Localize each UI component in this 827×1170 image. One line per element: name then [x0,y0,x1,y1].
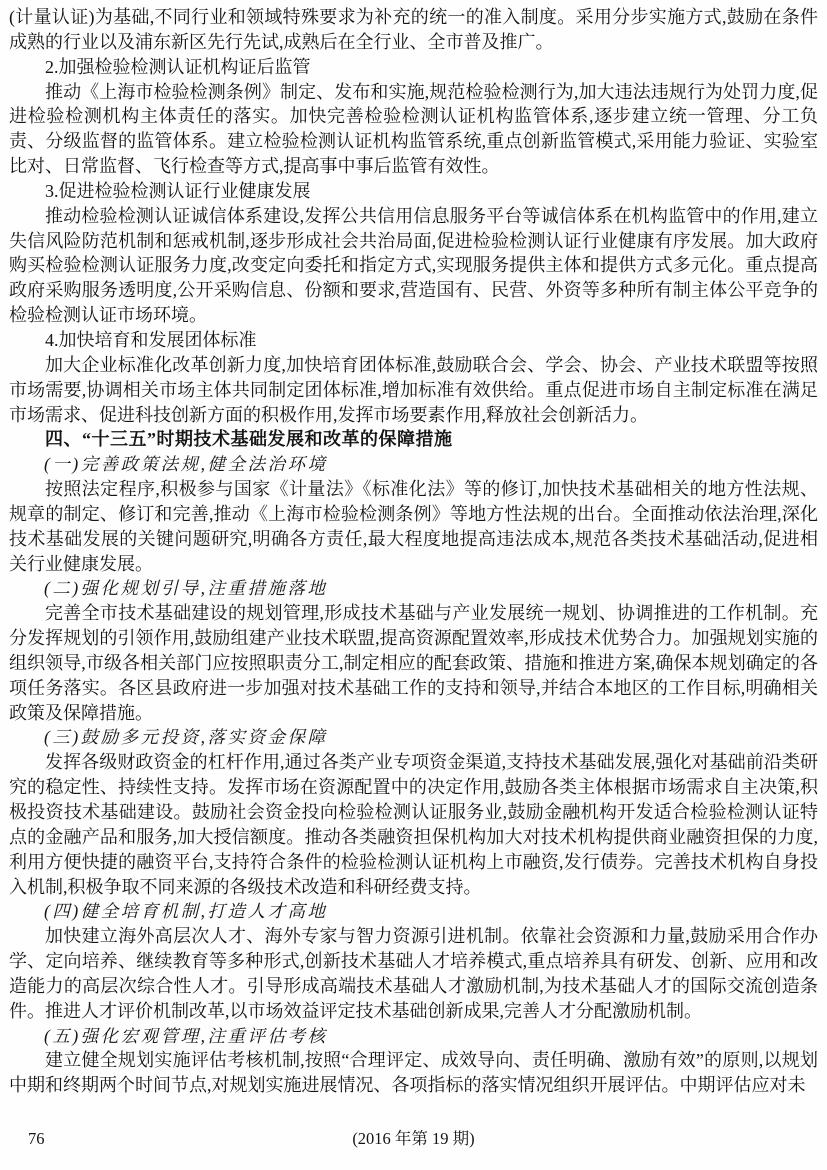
body-paragraph: 加快建立海外高层次人才、海外专家与智力资源引进机制。依靠社会资源和力量,鼓励采用… [9,924,818,1023]
body-paragraph: 发挥各级财政资金的杠杆作用,通过各类产业专项资金渠道,支持技术基础发展,强化对基… [9,750,818,899]
subsection-heading: (五)强化宏观管理,注重评估考核 [9,1024,818,1049]
numbered-subheading: 4.加快培育和发展团体标准 [9,328,818,353]
page-footer: 76 (2016 年第 19 期) [0,1126,827,1152]
body-paragraph: 加大企业标准化改革创新力度,加快培育团体标准,鼓励联合会、学会、协会、产业技术联… [9,353,818,428]
body-paragraph: 推动检验检测认证诚信体系建设,发挥公共信用信息服务平台等诚信体系在机构监管中的作… [9,204,818,328]
subsection-heading: (三)鼓励多元投资,落实资金保障 [9,725,818,750]
section-heading: 四、“十三五”时期技术基础发展和改革的保障措施 [9,427,818,452]
body-paragraph: 建立健全规划实施评估考核机制,按照“合理评定、成效导向、责任明确、激励有效”的原… [9,1048,818,1098]
document-body: (计量认证)为基础,不同行业和领域特殊要求为补充的统一的准入制度。采用分步实施方… [0,0,827,1098]
numbered-subheading: 3.促进检验检测认证行业健康发展 [9,179,818,204]
document-page: (计量认证)为基础,不同行业和领域特殊要求为补充的统一的准入制度。采用分步实施方… [0,0,827,1170]
subsection-heading: (四)健全培育机制,打造人才高地 [9,899,818,924]
numbered-subheading: 2.加强检验检测认证机构证后监管 [9,55,818,80]
subsection-heading: (一)完善政策法规,健全法治环境 [9,452,818,477]
body-paragraph: 完善全市技术基础建设的规划管理,形成技术基础与产业发展统一规划、协调推进的工作机… [9,601,818,725]
subsection-heading: (二)强化规划引导,注重措施落地 [9,576,818,601]
continuation-paragraph: (计量认证)为基础,不同行业和领域特殊要求为补充的统一的准入制度。采用分步实施方… [9,5,818,55]
issue-label: (2016 年第 19 期) [0,1126,827,1152]
body-paragraph: 按照法定程序,积极参与国家《计量法》《标准化法》等的修订,加快技术基础相关的地方… [9,477,818,576]
body-paragraph: 推动《上海市检验检测条例》制定、发布和实施,规范检验检测行为,加大违法违规行为处… [9,80,818,179]
